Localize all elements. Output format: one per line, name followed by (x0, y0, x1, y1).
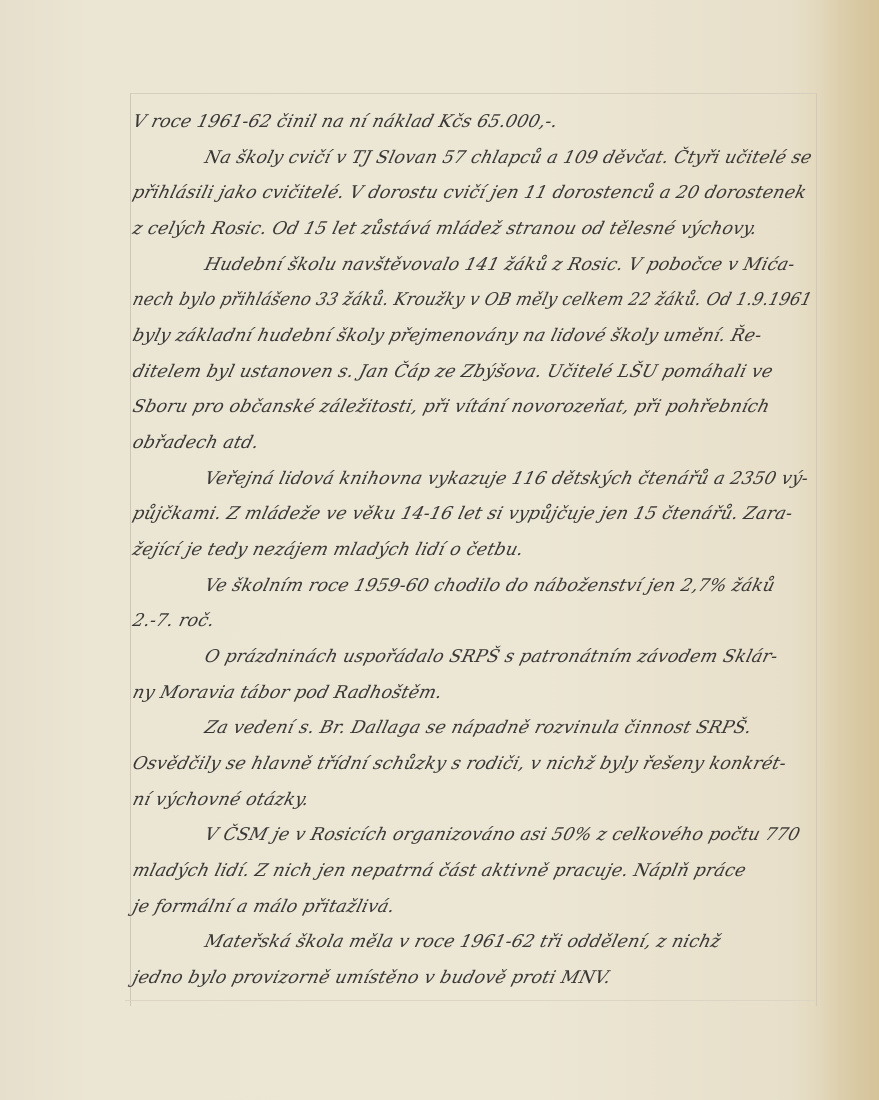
bottom-margin-rule (125, 1000, 815, 1001)
text-line: půjčkami. Z mládeže ve věku 14-16 let si… (131, 504, 795, 524)
text-line: 2.-7. roč. (131, 611, 217, 631)
paragraph-first-line: O prázdninách uspořádalo SRPŠ s patronát… (203, 647, 780, 667)
paragraph-first-line: Ve školním roce 1959-60 chodilo do nábož… (203, 576, 778, 596)
text-line: ny Moravia tábor pod Radhoštěm. (131, 683, 445, 703)
text-line: Osvědčily se hlavně třídní schůzky s rod… (131, 754, 789, 774)
text-line: Sboru pro občanské záležitosti, při vítá… (131, 397, 772, 417)
text-line: jedno bylo provizorně umístěno v budově … (131, 968, 613, 988)
paragraph-first-line: Hudební školu navštěvovalo 141 žáků z Ro… (203, 255, 797, 275)
text-line: přihlásili jako cvičitelé. V dorostu cvi… (131, 183, 809, 203)
paragraph-first-line: Mateřská škola měla v roce 1961-62 tři o… (203, 932, 723, 952)
text-line: mladých lidí. Z nich jen nepatrná část a… (131, 861, 749, 881)
text-line: V roce 1961-62 činil na ní náklad Kčs 65… (131, 112, 560, 132)
text-line: obřadech atd. (131, 433, 262, 453)
text-line: je formální a málo přitažlivá. (131, 897, 397, 917)
text-line: žející je tedy nezájem mladých lidí o če… (131, 540, 526, 560)
paragraph-first-line: Veřejná lidová knihovna vykazuje 116 dět… (203, 469, 811, 489)
page-edge-shadow (819, 0, 879, 1100)
text-line: nech bylo přihlášeno 33 žáků. Kroužky v … (131, 290, 815, 310)
paragraph-first-line: V ČSM je v Rosicích organizováno asi 50%… (203, 825, 803, 845)
text-line: byly základní hudební školy přejmenovány… (131, 326, 764, 346)
paragraph-first-line: Na školy cvičí v TJ Slovan 57 chlapců a … (203, 148, 815, 168)
text-line: z celých Rosic. Od 15 let zůstává mládež… (131, 219, 760, 239)
text-line: ní výchovné otázky. (131, 790, 312, 810)
paragraph-first-line: Za vedení s. Br. Dallaga se nápadně rozv… (203, 718, 754, 738)
text-line: ditelem byl ustanoven s. Jan Čáp ze Zbýš… (131, 362, 776, 382)
